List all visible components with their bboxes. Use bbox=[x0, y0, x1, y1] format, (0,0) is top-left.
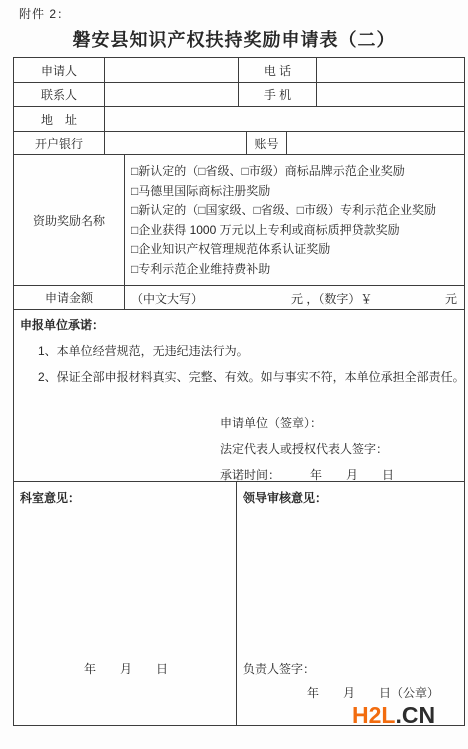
commitment-item-1: 1、本单位经营规范，无违纪违法行为。 bbox=[38, 342, 249, 359]
application-table: 申请人 电 话 联系人 手 机 地 址 开户银行 账号 资助奖励名称 bbox=[13, 57, 465, 726]
page-title: 磐安县知识产权扶持奖励申请表（二） bbox=[0, 26, 468, 52]
row-amount: 申请金额 （中文大写） 元 ，（数字）￥ 元 bbox=[14, 285, 464, 309]
leader-opinion-cell: 领导审核意见： 负责人签字： 年 月 日（公章） bbox=[236, 482, 464, 725]
department-opinion-label: 科室意见： bbox=[20, 489, 80, 506]
applicant-value-cell bbox=[104, 58, 238, 82]
award-option-checkbox: □新认定的（□国家级、□省级、□市级）专利示范企业奖励 bbox=[131, 201, 462, 218]
award-option-checkbox: □专利示范企业维持费补助 bbox=[131, 260, 462, 277]
award-options-list: □新认定的（□省级、□市级）商标品牌示范企业奖励 □马德里国际商标注册奖励 □新… bbox=[125, 155, 464, 285]
document-page: 附件 2： 磐安县知识产权扶持奖励申请表（二） 申请人 电 话 联系人 手 机 … bbox=[0, 0, 468, 749]
award-options-cell: □新认定的（□省级、□市级）商标品牌示范企业奖励 □马德里国际商标注册奖励 □新… bbox=[124, 155, 464, 285]
department-date-line: 年 月 日 bbox=[84, 660, 168, 677]
row-award-name: 资助奖励名称 □新认定的（□省级、□市级）商标品牌示范企业奖励 □马德里国际商标… bbox=[14, 154, 464, 285]
award-option-checkbox: □马德里国际商标注册奖励 bbox=[131, 182, 462, 199]
bank-label: 开户银行 bbox=[14, 132, 104, 154]
award-option-checkbox: □企业获得 1000 万元以上专利或商标质押贷款奖励 bbox=[131, 221, 462, 238]
commitment-signature-block: 申请单位（签章）： 法定代表人或授权代表人签字： 承诺时间： 年 月 日 bbox=[220, 410, 394, 488]
department-opinion-cell: 科室意见： 年 月 日 bbox=[14, 482, 236, 725]
watermark-orange-text: H2L bbox=[352, 702, 395, 728]
commitment-unit-seal-line: 申请单位（签章）： bbox=[220, 410, 394, 436]
bank-value-cell bbox=[104, 132, 246, 154]
applicant-label: 申请人 bbox=[14, 58, 104, 82]
account-label: 账号 bbox=[246, 132, 286, 154]
row-applicant: 申请人 电 话 bbox=[14, 58, 464, 82]
row-opinions: 科室意见： 年 月 日 领导审核意见： 负责人签字： 年 月 日（公章） bbox=[14, 481, 464, 725]
attachment-label: 附件 2： bbox=[19, 5, 70, 22]
commitment-item-2: 2、保证全部申报材料真实、完整、有效。如与事实不符，本单位承担全部责任。 bbox=[38, 368, 465, 385]
contact-value-cell bbox=[104, 83, 238, 106]
address-value-cell bbox=[104, 107, 464, 131]
amount-digit-label: 元 ，（数字）￥ bbox=[291, 290, 372, 307]
row-address: 地 址 bbox=[14, 106, 464, 131]
commitment-representative-line: 法定代表人或授权代表人签字： bbox=[220, 436, 394, 462]
mobile-value-cell bbox=[316, 83, 464, 106]
mobile-label: 手 机 bbox=[238, 83, 316, 106]
amount-chinese-label: （中文大写） bbox=[131, 290, 203, 307]
row-commitment: 申报单位承诺： 1、本单位经营规范，无违纪违法行为。 2、保证全部申报材料真实、… bbox=[14, 309, 464, 481]
commitment-heading: 申报单位承诺： bbox=[20, 316, 104, 333]
leader-opinion-label: 领导审核意见： bbox=[243, 489, 327, 506]
row-bank: 开户银行 账号 bbox=[14, 131, 464, 154]
commitment-cell: 申报单位承诺： 1、本单位经营规范，无违纪违法行为。 2、保证全部申报材料真实、… bbox=[14, 310, 464, 481]
watermark-dark-text: .CN bbox=[395, 702, 435, 728]
watermark-logo: H2L.CN bbox=[352, 702, 435, 729]
amount-yuan-label: 元 bbox=[445, 290, 457, 307]
amount-value-cell: （中文大写） 元 ，（数字）￥ 元 bbox=[124, 286, 464, 309]
phone-label: 电 话 bbox=[238, 58, 316, 82]
leader-date-line: 年 月 日（公章） bbox=[307, 684, 439, 701]
leader-signature-line: 负责人签字： bbox=[243, 660, 315, 677]
award-name-label: 资助奖励名称 bbox=[14, 155, 124, 285]
contact-label: 联系人 bbox=[14, 83, 104, 106]
row-contact: 联系人 手 机 bbox=[14, 82, 464, 106]
account-value-cell bbox=[286, 132, 464, 154]
address-label: 地 址 bbox=[14, 107, 104, 131]
award-option-checkbox: □新认定的（□省级、□市级）商标品牌示范企业奖励 bbox=[131, 162, 462, 179]
award-option-checkbox: □企业知识产权管理规范体系认证奖励 bbox=[131, 240, 462, 257]
amount-label: 申请金额 bbox=[14, 286, 124, 309]
phone-value-cell bbox=[316, 58, 464, 82]
